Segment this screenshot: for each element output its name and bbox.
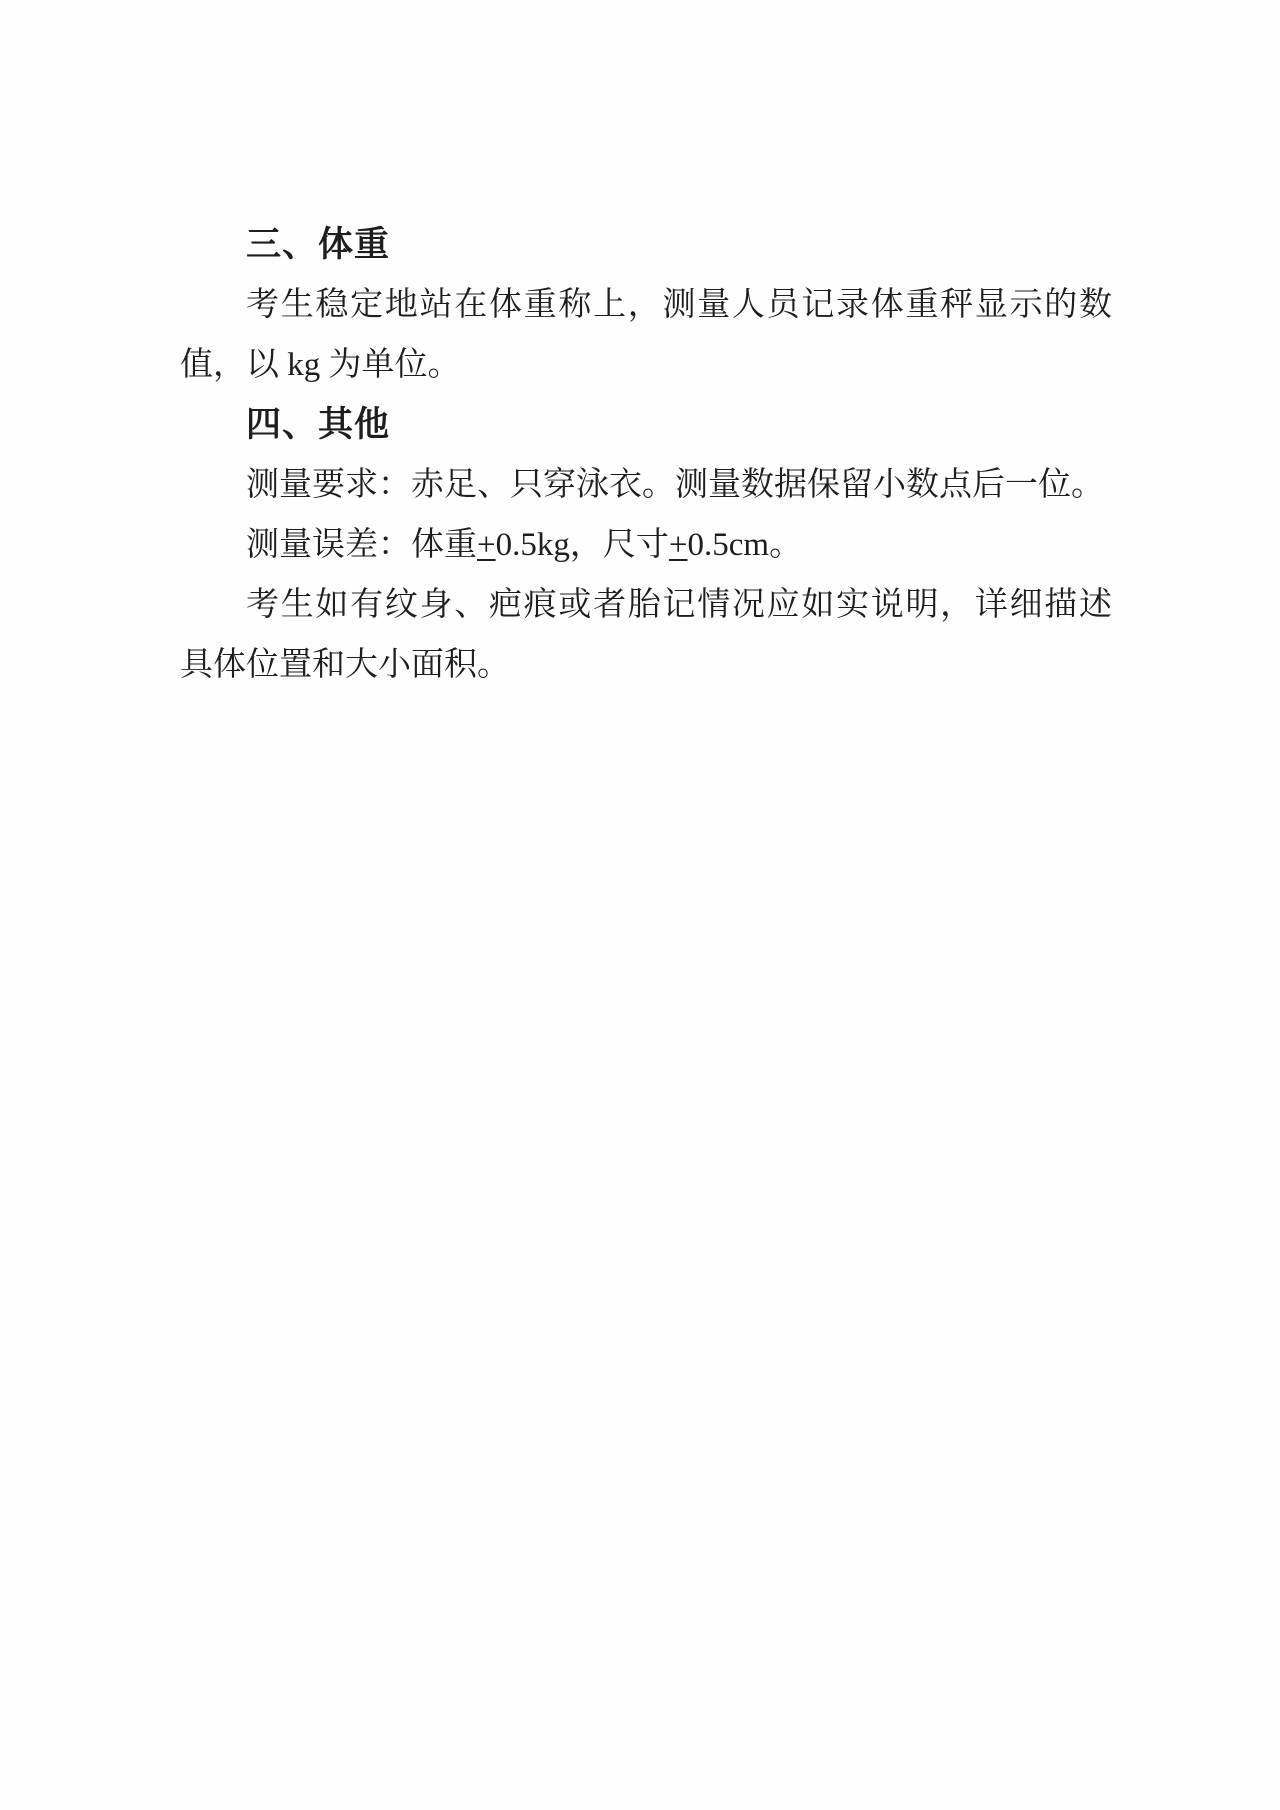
marks-paragraph-line1: 考生如有纹身、疤痕或者胎记情况应如实说明，详细描述 (180, 575, 1112, 635)
document-page: 三、体重 考生稳定地站在体重称上，测量人员记录体重秤显示的数 值，以 kg 为单… (0, 0, 1280, 1810)
plus-minus-sign: + (669, 527, 688, 563)
section-heading-other: 四、其他 (180, 395, 1112, 455)
weight-paragraph-line2: 值，以 kg 为单位。 (180, 335, 1112, 395)
tolerance-text-segment: 0.5cm。 (688, 527, 803, 563)
tolerance-text-segment: 测量误差：体重 (246, 527, 477, 563)
weight-paragraph-line1: 考生稳定地站在体重称上，测量人员记录体重秤显示的数 (180, 275, 1112, 335)
marks-paragraph-line2: 具体位置和大小面积。 (180, 635, 1112, 695)
document-content: 三、体重 考生稳定地站在体重称上，测量人员记录体重秤显示的数 值，以 kg 为单… (180, 215, 1112, 695)
measurement-requirement-paragraph: 测量要求：赤足、只穿泳衣。测量数据保留小数点后一位。 (180, 455, 1112, 515)
tolerance-text-segment: 0.5kg，尺寸 (496, 527, 669, 563)
section-heading-weight: 三、体重 (180, 215, 1112, 275)
plus-minus-sign: + (477, 527, 496, 563)
measurement-tolerance-paragraph: 测量误差：体重+0.5kg，尺寸+0.5cm。 (180, 515, 1112, 575)
